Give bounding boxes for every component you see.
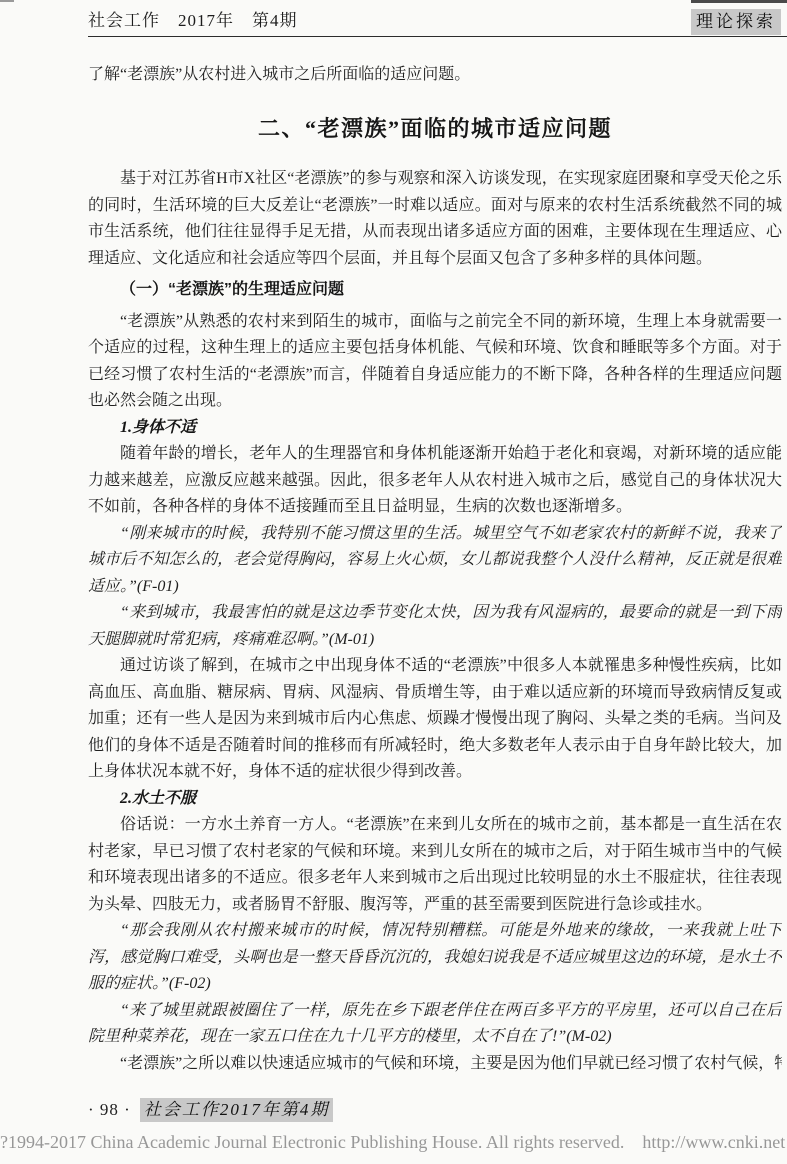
lead-paragraph: 了解“老漂族”从农村进入城市之后所面临的适应问题。 xyxy=(88,62,782,88)
paragraph-physiology: “老漂族”从熟悉的农村来到陌生的城市，面临与之前完全不同的新环境，生理上本身就需… xyxy=(88,309,782,415)
point-heading-2: 2.水土不服 xyxy=(88,786,782,813)
point-heading-1: 1.身体不适 xyxy=(88,415,782,442)
footer-journal-label: 社会工作2017年第4期 xyxy=(140,1098,334,1122)
copyright-line: ?1994-2017 China Academic Journal Electr… xyxy=(0,1131,787,1153)
paragraph-intro: 基于对江苏省H市X社区“老漂族”的参与观察和深入访谈发现，在实现家庭团聚和享受天… xyxy=(88,166,782,272)
journal-issue-label: 社会工作 2017年 第4期 xyxy=(88,9,298,33)
article-body: 基于对江苏省H市X社区“老漂族”的参与观察和深入访谈发现，在实现家庭团聚和享受天… xyxy=(88,166,782,1084)
page-header: 社会工作 2017年 第4期 理论探索 xyxy=(88,9,781,35)
section-title: 二、“老漂族”面临的城市适应问题 xyxy=(88,112,782,143)
paragraph-chronic-disease: 通过访谈了解到，在城市之中出现身体不适的“老漂族”中很多人本就罹患多种慢性疾病，… xyxy=(88,653,782,786)
interview-quote-m01: “来到城市，我最害怕的就是这边季节变化太快，因为我有风湿病的，最要命的就是一到下… xyxy=(88,600,782,653)
page-footer: · 98 · 社会工作2017年第4期 xyxy=(88,1098,333,1122)
paragraph-partial-last: “老漂族”之所以难以快速适应城市的气候和环境，主要是因为他们早就已经习惯了农村气… xyxy=(88,1051,782,1078)
header-rule xyxy=(88,36,787,37)
interview-quote-m02: “来了城里就跟被圈住了一样，原先在乡下跟老伴住在两百多平方的平房里，还可以自己在… xyxy=(88,998,782,1051)
page-number: · 98 · xyxy=(88,1099,131,1121)
subsection-heading-1: （一）“老漂族”的生理适应问题 xyxy=(88,277,782,304)
journal-page: 社会工作 2017年 第4期 理论探索 了解“老漂族”从农村进入城市之后所面临的… xyxy=(0,0,787,1164)
scan-artifact-top-right xyxy=(691,0,787,3)
column-badge: 理论探索 xyxy=(691,9,781,35)
interview-quote-f01: “刚来城市的时候，我特别不能习惯这里的生活。城里空气不如老家农村的新鲜不说，我来… xyxy=(88,521,782,601)
paragraph-body-discomfort: 随着年龄的增长，老年人的生理器官和身体机能逐渐开始趋于老化和衰竭，对新环境的适应… xyxy=(88,441,782,521)
interview-quote-f02: “那会我刚从农村搬来城市的时候，情况特别糟糕。可能是外地来的缘故，一来我就上吐下… xyxy=(88,918,782,998)
paragraph-acclimatization: 俗话说：一方水土养育一方人。“老漂族”在来到儿女所在的城市之前，基本都是一直生活… xyxy=(88,812,782,918)
scan-artifact-top-left xyxy=(0,0,14,2)
